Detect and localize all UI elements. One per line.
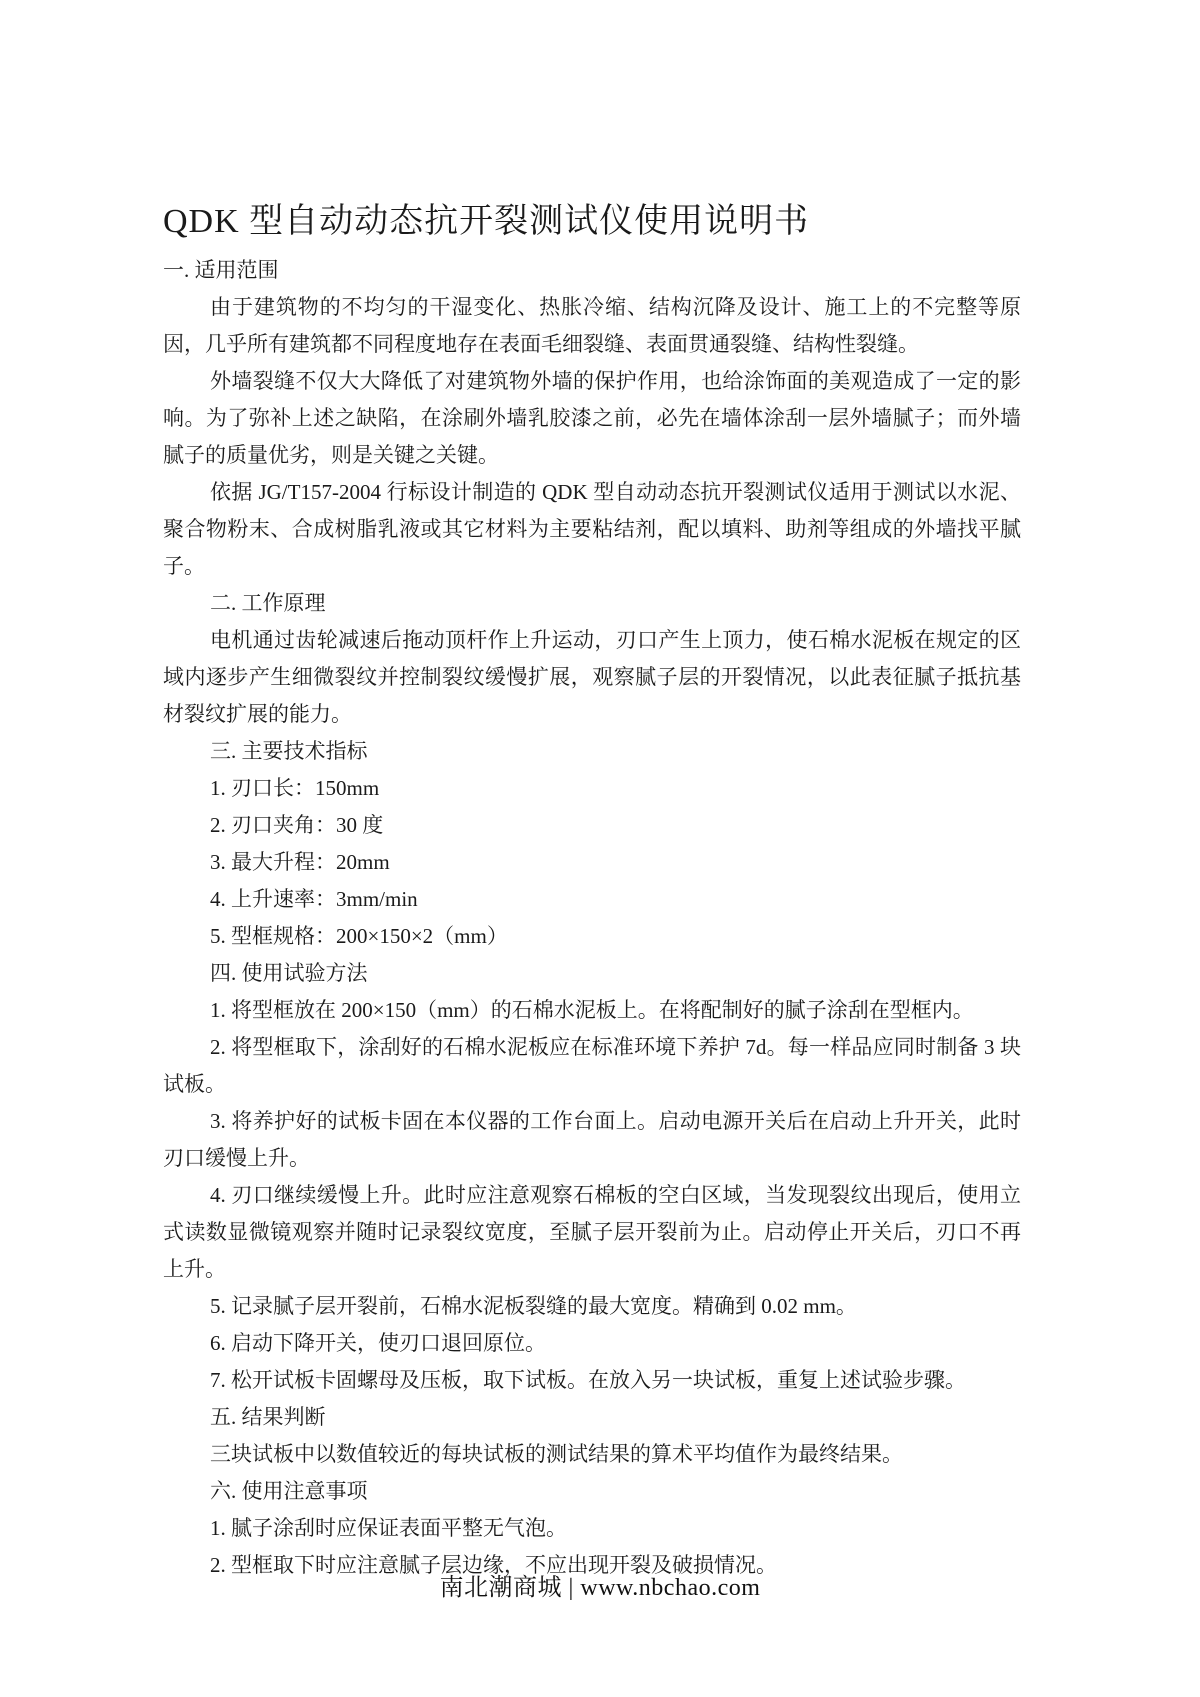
paragraph: 电机通过齿轮减速后拖动顶杆作上升运动，刃口产生上顶力，使石棉水泥板在规定的区域内… [163,622,1021,733]
list-item: 3. 将养护好的试板卡固在本仪器的工作台面上。启动电源开关后在启动上升开关，此时… [163,1103,1021,1177]
list-item: 1. 刃口长：150mm [163,770,1021,807]
section-heading-scope: 一. 适用范围 [163,252,1021,289]
list-item: 1. 腻子涂刮时应保证表面平整无气泡。 [163,1510,1021,1547]
paragraph: 外墙裂缝不仅大大降低了对建筑物外墙的保护作用，也给涂饰面的美观造成了一定的影响。… [163,363,1021,474]
list-item: 1. 将型框放在 200×150（mm）的石棉水泥板上。在将配制好的腻子涂刮在型… [163,992,1021,1029]
list-item: 5. 记录腻子层开裂前，石棉水泥板裂缝的最大宽度。精确到 0.02 mm。 [163,1288,1021,1325]
list-item: 6. 启动下降开关，使刃口退回原位。 [163,1325,1021,1362]
paragraph: 依据 JG/T157-2004 行标设计制造的 QDK 型自动动态抗开裂测试仪适… [163,474,1021,585]
list-item: 4. 刃口继续缓慢上升。此时应注意观察石棉板的空白区域，当发现裂纹出现后，使用立… [163,1177,1021,1288]
document-title: QDK 型自动动态抗开裂测试仪使用说明书 [163,193,809,242]
document-body: 一. 适用范围 由于建筑物的不均匀的干湿变化、热胀冷缩、结构沉降及设计、施工上的… [163,252,1021,1584]
list-item: 2. 将型框取下，涂刮好的石棉水泥板应在标准环境下养护 7d。每一样品应同时制备… [163,1029,1021,1103]
section-heading-result: 五. 结果判断 [163,1399,1021,1436]
paragraph: 由于建筑物的不均匀的干湿变化、热胀冷缩、结构沉降及设计、施工上的不完整等原因，几… [163,289,1021,363]
list-item: 5. 型框规格：200×150×2（mm） [163,918,1021,955]
list-item: 7. 松开试板卡固螺母及压板，取下试板。在放入另一块试板，重复上述试验步骤。 [163,1362,1021,1399]
section-heading-method: 四. 使用试验方法 [163,955,1021,992]
section-heading-specs: 三. 主要技术指标 [163,733,1021,770]
list-item: 3. 最大升程：20mm [163,844,1021,881]
section-heading-principle: 二. 工作原理 [163,585,1021,622]
section-heading-notes: 六. 使用注意事项 [163,1473,1021,1510]
page-footer: 南北潮商城 | www.nbchao.com [0,1567,1200,1602]
document-page: QDK 型自动动态抗开裂测试仪使用说明书 一. 适用范围 由于建筑物的不均匀的干… [0,0,1200,1697]
list-item: 4. 上升速率：3mm/min [163,881,1021,918]
paragraph: 三块试板中以数值较近的每块试板的测试结果的算术平均值作为最终结果。 [163,1436,1021,1473]
list-item: 2. 刃口夹角：30 度 [163,807,1021,844]
